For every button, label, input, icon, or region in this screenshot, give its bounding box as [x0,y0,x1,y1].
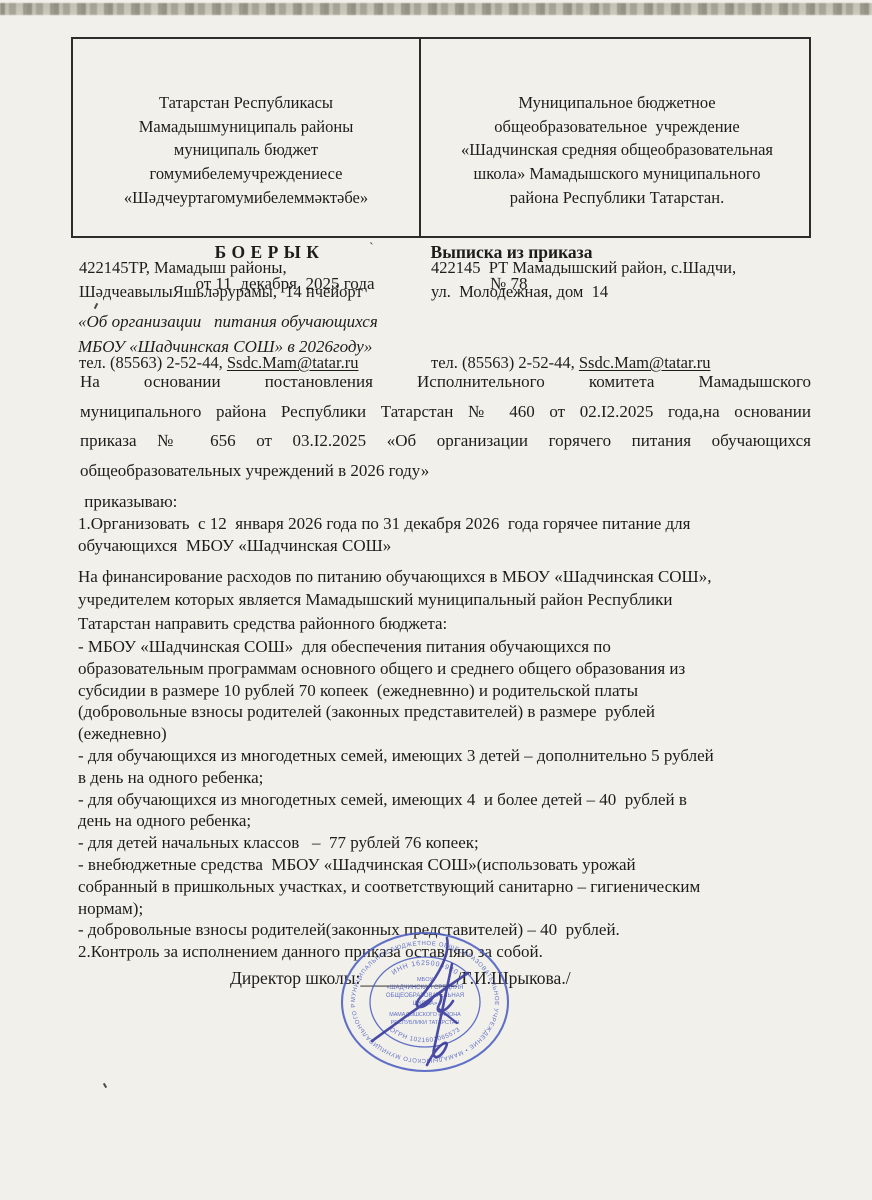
doc-title-russian: Выписка из приказа [424,242,599,263]
funding-paragraph: На финансирование расходов по питанию об… [78,565,812,635]
order-subject: «Об организации питания обучающихся МБОУ… [78,310,378,359]
preamble-line: муниципального района Республики Татарст… [80,397,811,427]
order-date: от 11 декабря 2025 года [100,274,470,294]
official-stamp: МУНИЦИПАЛЬНОЕ БЮДЖЕТНОЕ ОБЩЕОБРАЗОВАТЕЛЬ… [335,925,515,1075]
stamp-center-line: ОБЩЕОБРАЗОВАТЕЛЬНАЯ [386,993,464,999]
org-name-tatar: Татарстан Республикасы Мамадышмуниципаль… [79,91,413,209]
preamble-line: общеобразовательных учреждений в 2026 го… [80,456,811,486]
letterhead-tatar-cell: Татарстан Республикасы Мамадышмуниципаль… [73,39,421,236]
resolution-word: приказываю: [80,487,811,516]
preamble-line: На основании постановления Исполнительно… [80,367,811,397]
order-number: № 78 [490,274,527,294]
letterhead-russian-cell: Муниципальное бюджетное общеобразователь… [421,39,809,236]
scanned-order-document: Татарстан Республикасы Мамадышмуниципаль… [0,0,872,1200]
preamble-line: приказа № 656 от 03.I2.2025 «Об организа… [80,426,811,456]
org-name-russian: Муниципальное бюджетное общеобразователь… [431,91,803,209]
funding-list: - МБОУ «Шадчинская СОШ» для обеспечения … [78,636,812,963]
doc-title-tatar: Б О Е Р Ы К [72,242,462,263]
scanner-noise-band [0,3,872,15]
preamble-paragraph: На основании постановления Исполнительно… [80,367,811,516]
order-item-1: 1.Организовать с 12 января 2026 года по … [78,513,812,558]
scan-speck [103,1083,107,1088]
org-address-russian: 422145 РТ Мамадышский район, с.Шадчи, ул… [431,256,803,303]
scan-tick-mark: ` [369,241,374,257]
letterhead-table: Татарстан Республикасы Мамадышмуниципаль… [71,37,811,238]
